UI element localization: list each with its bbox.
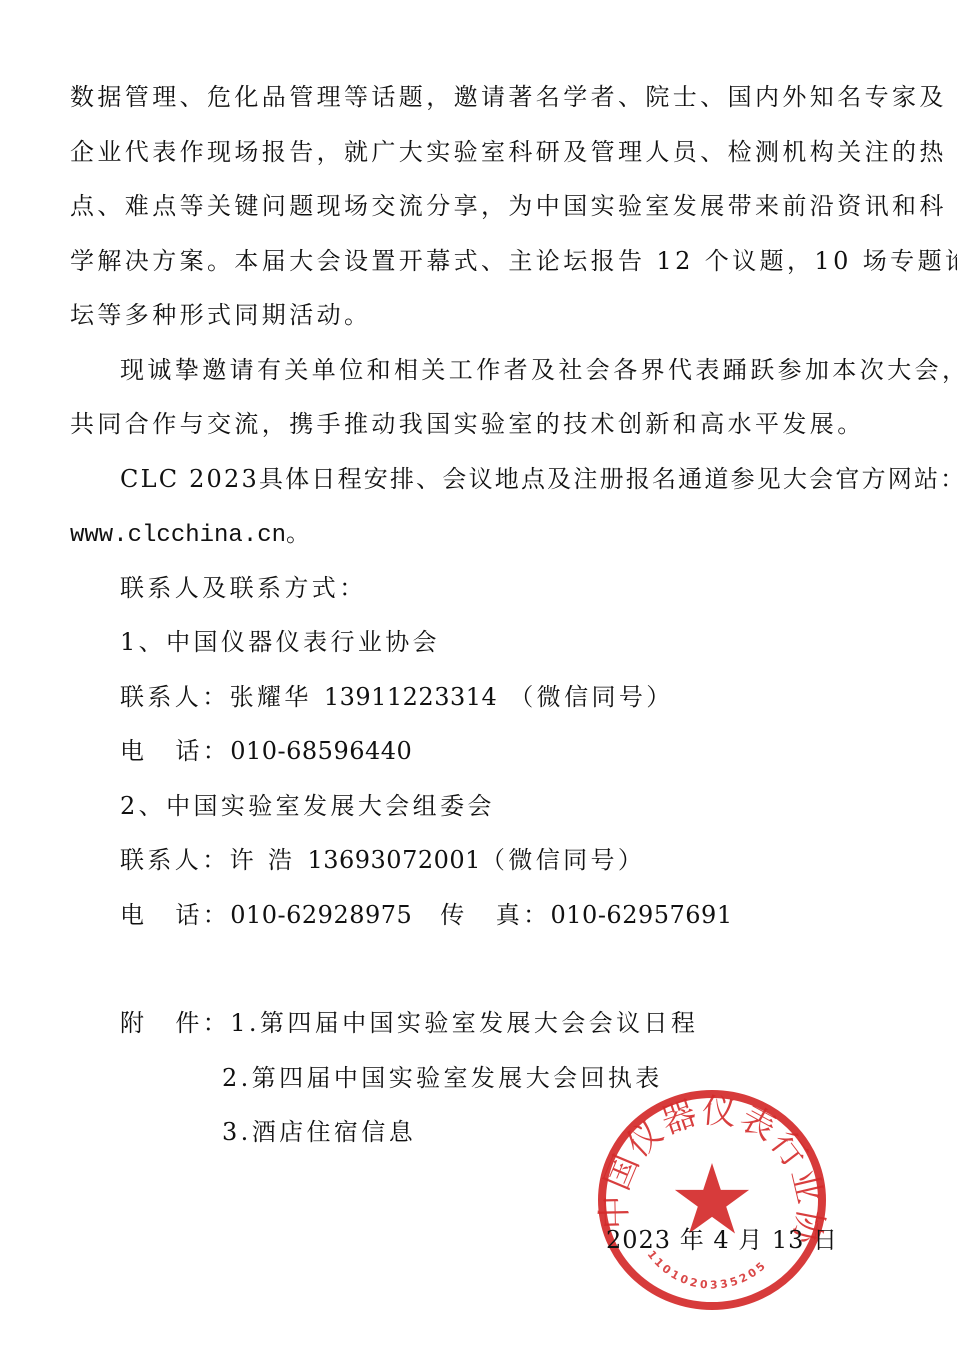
fax-label: 传 <box>440 901 467 929</box>
phone-label: 电 <box>120 901 147 929</box>
contact-label: 联系人： <box>120 846 230 874</box>
phone-number: 010-62928975 <box>230 901 412 929</box>
phone-label: 话： <box>175 901 230 929</box>
contact-phone-1: 电话：010-68596440 <box>120 736 412 766</box>
contact-person-1: 联系人：张耀华13911223314（微信同号） <box>120 682 674 712</box>
contact-mobile: 13693072001 <box>307 846 480 874</box>
phone-label: 话： <box>175 737 230 765</box>
website-link[interactable]: www.clcchina.cn <box>70 522 286 549</box>
contact-org-1: 1、中国仪器仪表行业协会 <box>120 627 440 657</box>
website-line: www.clcchina.cn。 <box>70 518 313 551</box>
official-seal-icon: 中国仪器仪表行业协会 1101020335205 <box>592 1085 832 1315</box>
paragraph-line: CLC 2023具体日程安排、会议地点及注册报名通道参见大会官方网站： <box>120 464 957 494</box>
attachment-item: 1.第四届中国实验室发展大会会议日程 <box>230 1009 698 1037</box>
signature-date: 2023 年 4 月 13 日 <box>606 1225 838 1255</box>
attachments-label: 附 <box>120 1009 147 1037</box>
paragraph-line: 点、难点等关键问题现场交流分享，为中国实验室发展带来前沿资讯和科 <box>70 191 947 221</box>
attachments-label: 件： <box>175 1009 230 1037</box>
contact-org-2: 2、中国实验室发展大会组委会 <box>120 791 495 821</box>
paragraph-line: 共同合作与交流，携手推动我国实验室的技术创新和高水平发展。 <box>70 409 865 439</box>
fax-label: 真： <box>496 901 551 929</box>
contact-phone-2: 电话：010-62928975传真：010-62957691 <box>120 900 733 930</box>
paragraph-line: 现诚挚邀请有关单位和相关工作者及社会各界代表踊跃参加本次大会， <box>120 355 957 385</box>
contact-name: 张耀华 <box>230 683 312 711</box>
paragraph-line: 学解决方案。本届大会设置开幕式、主论坛报告 12 个议题，10 场专题论 <box>70 246 957 276</box>
fax-number: 010-62957691 <box>551 901 733 929</box>
document-page: 数据管理、危化品管理等话题，邀请著名学者、院士、国内外知名专家及 企业代表作现场… <box>0 0 957 1357</box>
contact-label: 联系人： <box>120 683 230 711</box>
paragraph-line: 数据管理、危化品管理等话题，邀请著名学者、院士、国内外知名专家及 <box>70 82 947 112</box>
wechat-note: （微信同号） <box>509 683 673 711</box>
contact-name: 许 浩 <box>230 846 296 874</box>
paragraph-line: 坛等多种形式同期活动。 <box>70 300 371 330</box>
contact-mobile: 13911223314 <box>324 683 497 711</box>
contacts-heading: 联系人及联系方式： <box>120 573 367 603</box>
attachment-item: 3.酒店住宿信息 <box>222 1117 416 1147</box>
wechat-note: （微信同号） <box>481 846 645 874</box>
paragraph-line: 企业代表作现场报告，就广大实验室科研及管理人员、检测机构关注的热 <box>70 137 947 167</box>
phone-label: 电 <box>120 737 147 765</box>
phone-number: 010-68596440 <box>230 737 412 765</box>
contact-person-2: 联系人：许 浩13693072001（微信同号） <box>120 845 645 875</box>
website-suffix: 。 <box>286 519 313 547</box>
attachments-line-1: 附件：1.第四届中国实验室发展大会会议日程 <box>120 1008 698 1038</box>
